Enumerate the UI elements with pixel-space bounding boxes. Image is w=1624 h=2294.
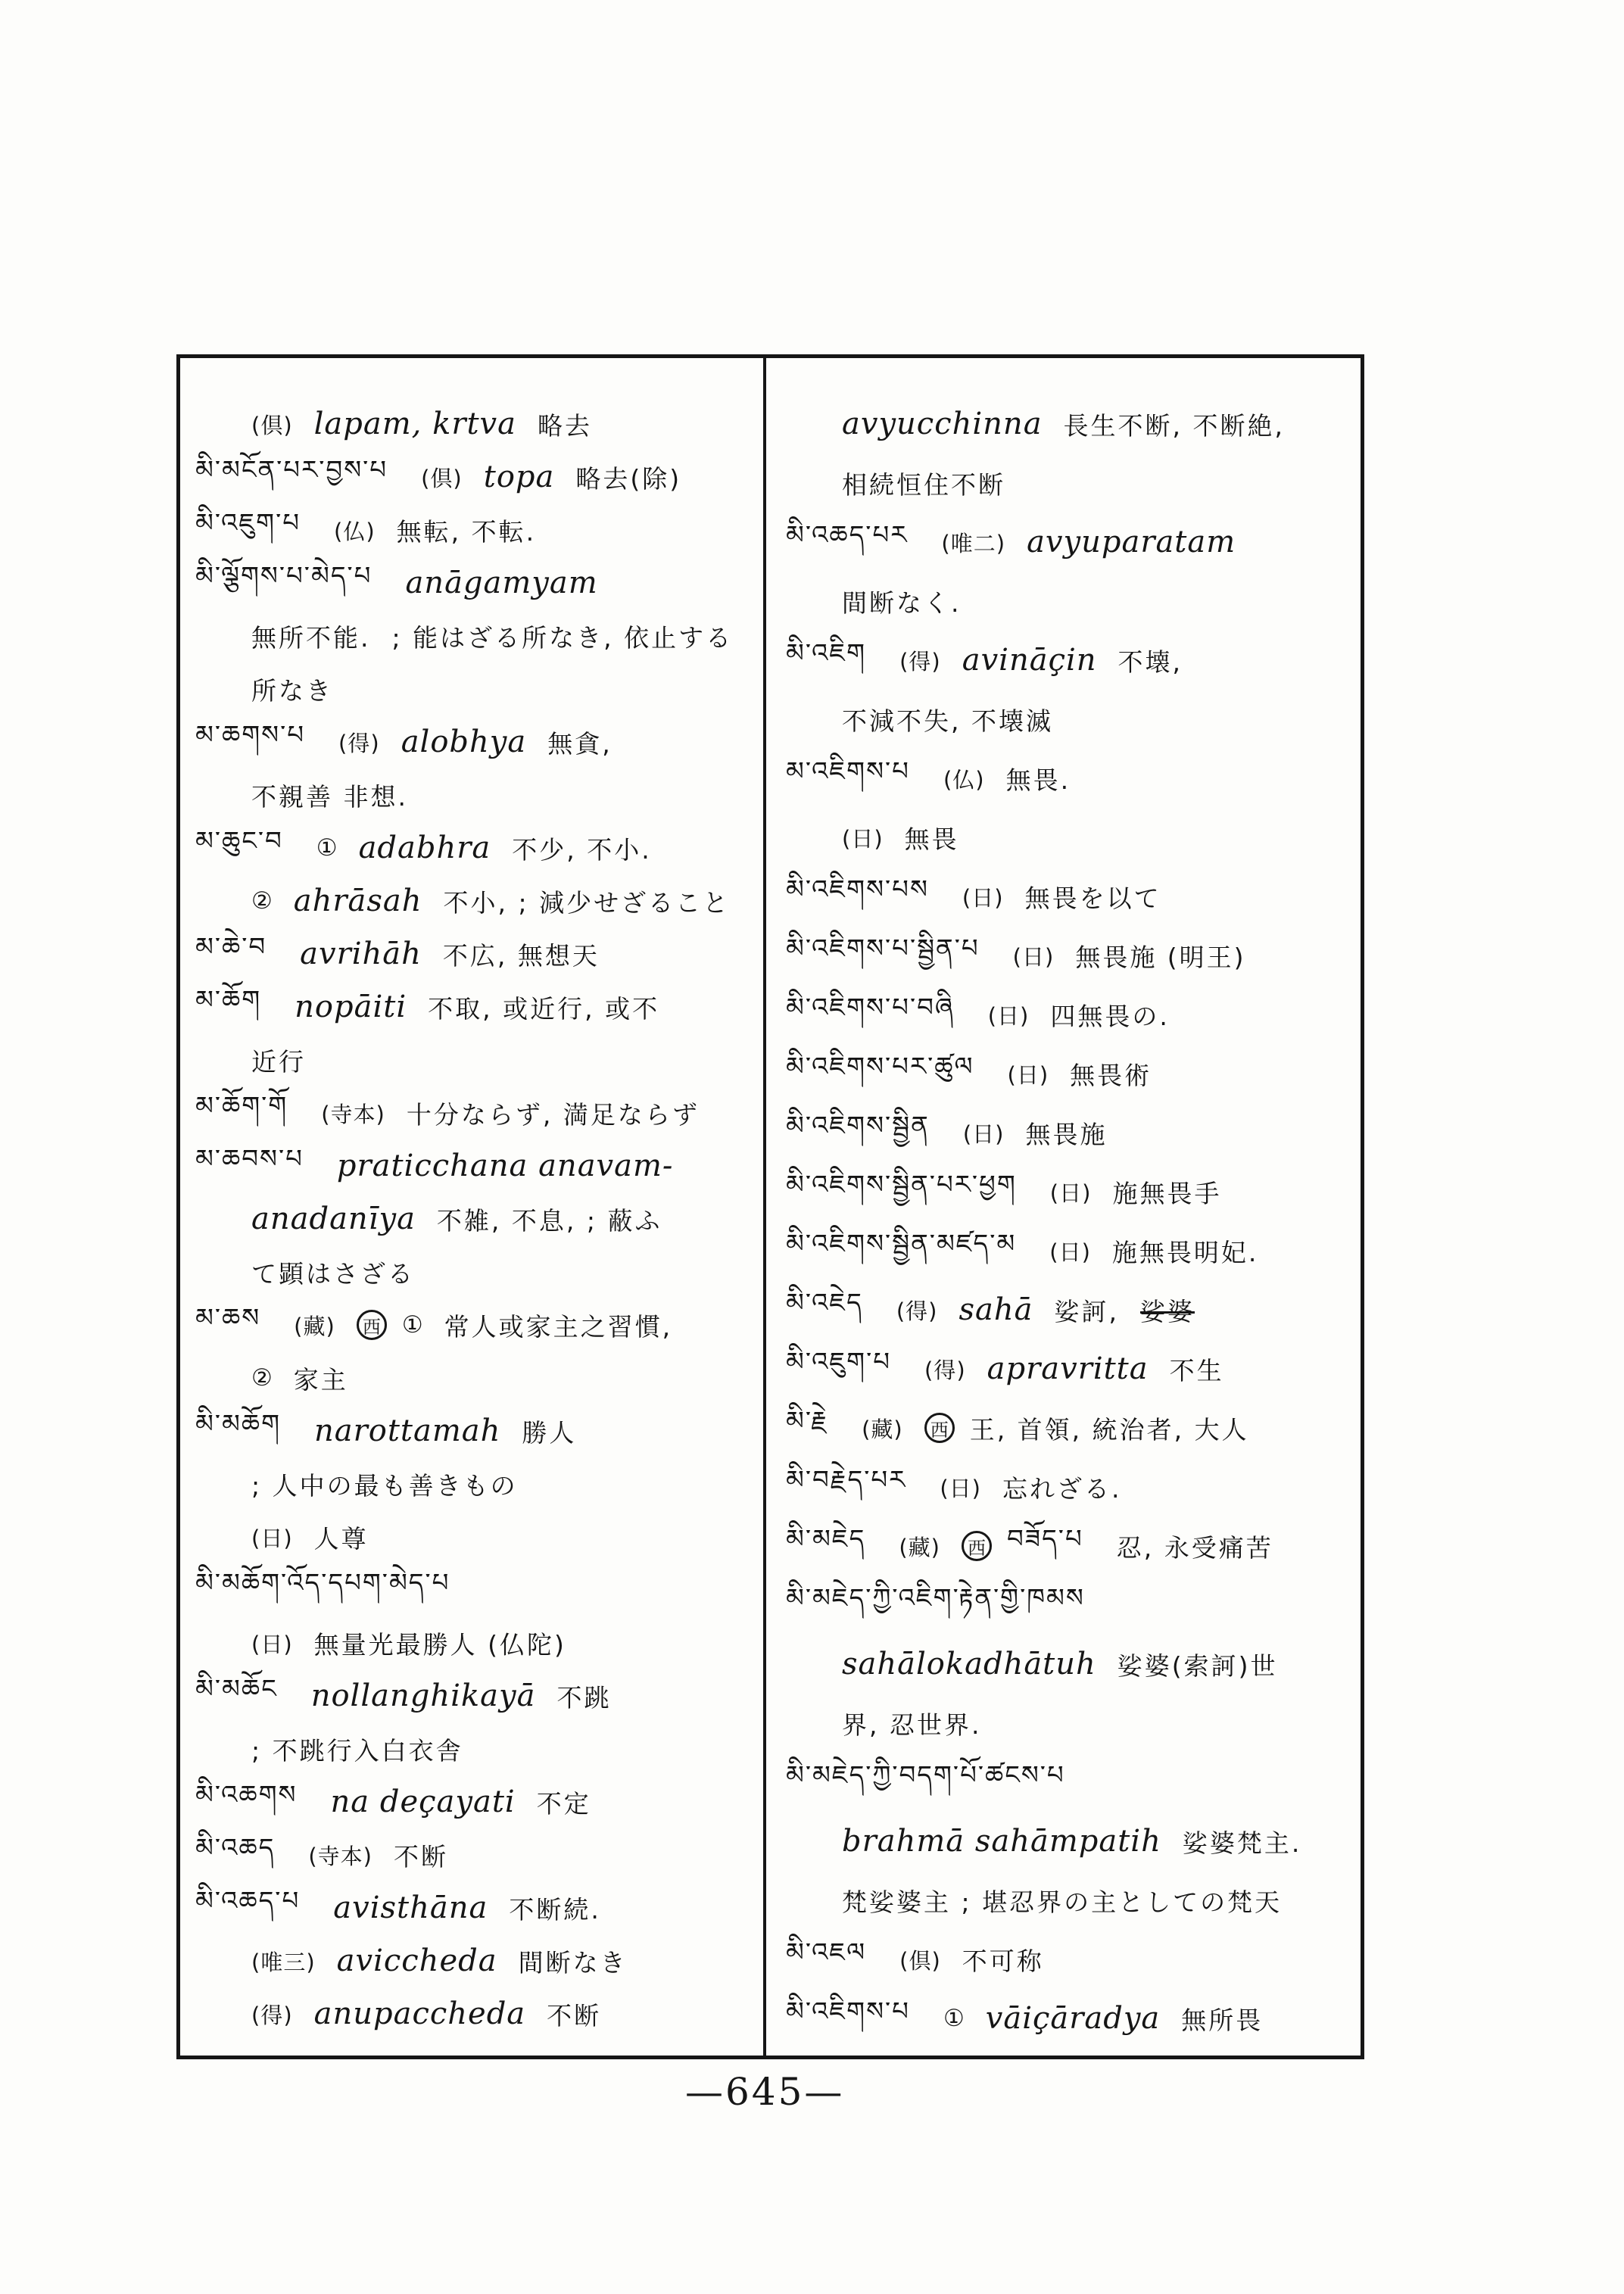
tibetan-headword: མ་འཇིགས་པ: [786, 742, 910, 815]
japanese-gloss: 無量光最勝人 (仏陀): [314, 1625, 566, 1661]
dict-line: 不減不失, 不壊滅: [786, 690, 1356, 749]
japanese-gloss: 界, 忍世界.: [842, 1706, 981, 1741]
dict-line: མི་འཆད་པར(唯二)avyuparatam: [786, 513, 1356, 572]
dict-line: མི་རྗེ(藏)西王, 首領, 統治者, 大人: [786, 1398, 1356, 1457]
japanese-gloss: 不少, 不小.: [512, 831, 651, 866]
japanese-gloss: ; 人中の最も善きもの: [251, 1466, 518, 1502]
japanese-gloss: 人尊: [314, 1519, 369, 1555]
japanese-gloss: 無畏施 (明王): [1075, 938, 1245, 974]
sanskrit-romanization: vāiçāradya: [986, 2001, 1161, 2036]
source-marker: (日): [251, 1628, 293, 1659]
tibetan-headword: མ་ཆོག: [195, 971, 261, 1043]
sanskrit-romanization: lapam, krtva: [314, 407, 516, 441]
source-marker: (日): [1013, 940, 1055, 971]
japanese-gloss: 四無畏の.: [1050, 997, 1170, 1033]
tibetan-headword: མི་མཆོང: [195, 1660, 278, 1732]
tibetan-headword: མི་མཆོག་འོད་དཔག་མེད་པ: [195, 1554, 450, 1626]
japanese-gloss: 忘れざる.: [1002, 1470, 1122, 1505]
source-marker: (日): [963, 1117, 1005, 1149]
sanskrit-romanization: apravritta: [987, 1351, 1149, 1386]
dict-line: མི་འཇིགས་པ་བཞི(日)四無畏の.: [786, 985, 1356, 1044]
sanskrit-romanization: ahrāsah: [294, 884, 422, 918]
japanese-gloss: 無転, 不転.: [397, 513, 536, 548]
source-marker: (得): [924, 1354, 966, 1385]
source-marker: (藏): [862, 1413, 903, 1444]
japanese-gloss: 不壊,: [1118, 643, 1183, 678]
dict-line: མི་མཇེད་ཀྱི་བདག་པོ་ཚངས་པ: [786, 1753, 1356, 1812]
tibetan-headword: མི་འཆད་པ: [195, 1872, 300, 1944]
sanskrit-romanization: brahmā sahāmpatih: [842, 1824, 1161, 1859]
source-marker: (藏): [294, 1310, 335, 1341]
tibetan-headword: མ་ཆས: [195, 1289, 260, 1361]
dict-line: མི་འཆགསna deçayati不定: [195, 1775, 759, 1828]
sanskrit-romanization: na deçayati: [331, 1784, 516, 1819]
circled-char: 西: [962, 1531, 992, 1561]
sanskrit-romanization: sahā: [959, 1292, 1033, 1327]
japanese-gloss: 略去: [538, 407, 592, 442]
tibetan-headword: མི་མཇེད་ཀྱི་བདག་པོ་ཚངས་པ: [786, 1746, 1065, 1819]
dict-line: 梵娑婆主 ; 堪忍界の主としての梵天: [786, 1871, 1356, 1930]
sanskrit-romanization: sahālokadhātuh: [842, 1647, 1096, 1682]
tibetan-headword: མི་མཇེད་ཀྱི་འཇིག་རྟེན་གྱི་ཁམས: [786, 1569, 1085, 1641]
dict-line: མི་འཇིགས་པ་སྦྱིན་པ(日)無畏施 (明王): [786, 926, 1356, 985]
tibetan-headword: མི་མཆོག: [195, 1395, 281, 1467]
dict-line: sahālokadhātuh娑婆(索訶)世: [786, 1635, 1356, 1694]
scanned-dictionary-page: { "page": { "number_label": "—645—", "in…: [0, 0, 1624, 2294]
left-column: (倶)lapam, krtva略去མི་མངོན་པར་བྱས་པ(倶)topa…: [180, 358, 763, 2056]
japanese-gloss: 不定: [537, 1784, 591, 1820]
japanese-gloss: 不減不失, 不壊滅: [842, 702, 1053, 737]
dict-line: མ་ཆེ་བavrihāh不広, 無想天: [195, 927, 759, 980]
source-marker: (日): [1050, 1177, 1092, 1208]
dict-line: མ་ཆུང་བ①adabhra不少, 不小.: [195, 821, 759, 874]
japanese-gloss: ; 不跳行入白衣舎: [251, 1731, 463, 1767]
japanese-gloss: 不可称: [962, 1942, 1044, 1978]
source-marker: (日): [962, 881, 1004, 912]
source-marker: (日): [988, 999, 1030, 1030]
japanese-gloss: 間断なく.: [842, 584, 962, 619]
circled-char: 西: [357, 1310, 387, 1340]
japanese-gloss: 長生不断, 不断絶,: [1064, 407, 1285, 442]
circled-char: 西: [924, 1413, 955, 1443]
dict-line: མི་བརྗེད་པར(日)忘れざる.: [786, 1457, 1356, 1516]
circled-number: ①: [402, 1311, 423, 1339]
dict-line: མི་འཇུག་པ(得)apravritta不生: [786, 1339, 1356, 1398]
dict-line: མི་འཇིགས་པས(日)無畏を以て: [786, 867, 1356, 926]
source-marker: (寺本): [308, 1840, 372, 1871]
dict-line: brahmā sahāmpatih娑婆梵主.: [786, 1812, 1356, 1871]
dict-line: མི་མཇེད་ཀྱི་འཇིག་རྟེན་གྱི་ཁམས: [786, 1576, 1356, 1635]
japanese-gloss: 忍, 永受痛苦: [1117, 1529, 1273, 1564]
japanese-gloss: 無畏術: [1070, 1056, 1152, 1092]
tibetan-headword: མ་ཆབས་པ: [195, 1130, 304, 1202]
japanese-gloss: 不断続.: [509, 1890, 601, 1926]
source-marker: (得): [896, 1295, 938, 1326]
sanskrit-romanization: anāgamyam: [405, 566, 597, 600]
source-marker: (唯三): [251, 1946, 316, 1977]
sanskrit-romanization: topa: [484, 460, 555, 494]
japanese-gloss: て顕はさざる: [251, 1255, 415, 1290]
circled-number: ②: [251, 1364, 273, 1392]
sanskrit-romanization: anadanīya: [251, 1202, 416, 1236]
dict-line: 相続恒住不断: [786, 454, 1356, 513]
japanese-gloss: 王, 首領, 統治者, 大人: [970, 1410, 1249, 1446]
dict-line: མི་འཇེད(得)sahā娑訶,娑婆: [786, 1280, 1356, 1339]
japanese-gloss: 無畏施: [1025, 1115, 1107, 1151]
dict-line: て顕はさざる: [195, 1245, 759, 1298]
dict-line: མ་ཆབས་པpraticchana anavam-: [195, 1139, 759, 1192]
sanskrit-romanization: anupaccheda: [314, 1996, 526, 2031]
sanskrit-romanization: avisthāna: [333, 1890, 488, 1925]
japanese-gloss: 娑訶,: [1054, 1292, 1119, 1328]
sanskrit-romanization: nopāiti: [295, 990, 407, 1024]
source-marker: (日): [1049, 1236, 1091, 1267]
japanese-gloss: 娑婆(索訶)世: [1117, 1647, 1278, 1682]
sanskrit-romanization: praticchana anavam-: [337, 1149, 674, 1183]
sanskrit-romanization: avyuparatam: [1027, 525, 1236, 559]
source-marker: (倶): [251, 409, 293, 440]
sanskrit-romanization: avyucchinna: [842, 407, 1043, 441]
sanskrit-romanization: alobhya: [401, 725, 527, 759]
dict-line: (日)無畏: [786, 808, 1356, 867]
dict-line: མི་མཇེད(藏)西བཟོད་པ忍, 永受痛苦: [786, 1516, 1356, 1576]
japanese-gloss: 相続恒住不断: [842, 466, 1005, 501]
tibetan-headword: མི་འཆད་པར: [786, 506, 908, 578]
japanese-gloss: 施無畏手: [1112, 1174, 1221, 1210]
japanese-gloss: 不跳: [556, 1678, 611, 1714]
japanese-gloss: 間断なき: [519, 1943, 628, 1979]
tibetan-headword: མི་ལྕོགས་པ་མེད་པ: [195, 547, 372, 619]
dict-line: མི་མཆོངnollanghikayā不跳: [195, 1669, 759, 1722]
japanese-gloss: 無畏.: [1006, 761, 1071, 796]
japanese-gloss: 不断: [547, 1996, 601, 2032]
source-marker: (日): [940, 1472, 981, 1503]
source-marker: (日): [251, 1522, 293, 1553]
dict-line: མི་འཆད་པavisthāna不断続.: [195, 1881, 759, 1934]
japanese-gloss: 娑婆梵主.: [1183, 1824, 1302, 1859]
source-marker: (得): [899, 645, 941, 676]
japanese-gloss: 無畏: [905, 820, 959, 856]
japanese-gloss: 不小, ; 減少せざること: [444, 884, 731, 919]
japanese-gloss-strikethrough: 娑婆: [1140, 1292, 1195, 1328]
japanese-gloss: 無所畏: [1181, 2001, 1263, 2037]
source-marker: (藏): [899, 1531, 940, 1562]
japanese-gloss: 梵娑婆主 ; 堪忍界の主としての梵天: [842, 1883, 1282, 1918]
japanese-gloss: 所なき: [251, 672, 333, 707]
dict-line: མི་འཇིགས་སྦྱིན(日)無畏施: [786, 1103, 1356, 1162]
japanese-gloss: 十分ならず, 満足ならず: [407, 1096, 700, 1131]
japanese-gloss: 近行: [251, 1043, 306, 1078]
dict-line: མི་འཇིག(得)avināçin不壊,: [786, 631, 1356, 690]
japanese-gloss: 無所不能.: [251, 619, 371, 654]
dict-line: 界, 忍世界.: [786, 1694, 1356, 1753]
dict-line: མ་ཆགས་པ(得)alobhya無貪,: [195, 715, 759, 768]
dict-line: avyucchinna長生不断, 不断絶,: [786, 394, 1356, 454]
japanese-gloss: 施無畏明妃.: [1112, 1233, 1259, 1269]
tibetan-headword: མ་ཆུང་བ: [195, 812, 283, 884]
japanese-gloss: 無畏を以て: [1025, 879, 1161, 915]
dict-line: (得)anupaccheda不断: [195, 1987, 759, 2040]
source-marker: (日): [1008, 1058, 1049, 1089]
japanese-gloss: 勝人: [522, 1413, 576, 1449]
dict-line: མི་ལྕོགས་པ་མེད་པanāgamyam: [195, 556, 759, 609]
tibetan-headword: མི་འཇིག: [786, 624, 866, 697]
dict-line: མི་འཇིགས་པར་ཚུལ(日)無畏術: [786, 1044, 1356, 1103]
source-marker: (仏): [943, 763, 985, 794]
japanese-gloss: ; 能はざる所なき, 依止する: [392, 619, 734, 654]
japanese-gloss: 不雑, 不息, ; 蔽ふ: [437, 1202, 662, 1237]
japanese-gloss: 不断: [394, 1837, 448, 1873]
japanese-gloss: 不生: [1170, 1351, 1224, 1387]
circled-number: ②: [251, 887, 273, 915]
sanskrit-romanization: narottamah: [314, 1413, 500, 1448]
sanskrit-romanization: avrihāh: [300, 937, 422, 971]
dict-line: མི་འཇལ(倶)不可称: [786, 1930, 1356, 1989]
japanese-gloss: 略去(除): [575, 460, 681, 495]
circled-number: ①: [316, 834, 338, 862]
page-number: —645—: [685, 2070, 844, 2114]
dict-line: མ་འཇིགས་པ(仏)無畏.: [786, 749, 1356, 808]
tibetan-headword: མི་འཇིགས་པ: [786, 1982, 910, 2055]
dict-line: 間断なく.: [786, 572, 1356, 631]
japanese-gloss: 家主: [294, 1361, 348, 1396]
circled-number: ①: [943, 2005, 965, 2032]
japanese-gloss: 常人或家主之習慣,: [444, 1308, 673, 1343]
source-marker: (得): [251, 1999, 293, 2030]
right-column: avyucchinna長生不断, 不断絶,相続恒住不断མི་འཆད་པར(唯二)…: [766, 358, 1361, 2056]
page-frame: (倶)lapam, krtva略去མི་མངོན་པར་བྱས་པ(倶)topa…: [176, 354, 1364, 2059]
dict-line: མི་མཆོགnarottamah勝人: [195, 1404, 759, 1457]
dict-line: མི་འཇིགས་པ①vāiçāradya無所畏: [786, 1989, 1356, 2048]
source-marker: (得): [338, 727, 380, 758]
source-marker: (仏): [334, 515, 376, 546]
dict-line: མི་འཇིགས་སྦྱིན་མཛད་མ(日)施無畏明妃.: [786, 1221, 1356, 1280]
source-marker: (倶): [899, 1944, 941, 1975]
dict-line: མ་ཆོགnopāiti不取, 或近行, 或不: [195, 980, 759, 1033]
japanese-gloss: 不親善 非想.: [251, 778, 408, 813]
japanese-gloss: 不広, 無想天: [443, 937, 600, 972]
sanskrit-romanization: avināçin: [962, 643, 1097, 678]
japanese-gloss: 無貪,: [547, 725, 613, 760]
source-marker: (日): [842, 822, 884, 853]
source-marker: (倶): [421, 462, 463, 493]
dict-line: མི་འཇིགས་སྦྱིན་པར་ཕྱག(日)施無畏手: [786, 1162, 1356, 1221]
japanese-gloss: 不取, 或近行, 或不: [428, 990, 659, 1025]
sanskrit-romanization: adabhra: [359, 831, 491, 865]
dict-line: མ་ཆས(藏)西①常人或家主之習慣,: [195, 1298, 759, 1351]
dict-line: མི་མཆོག་འོད་དཔག་མེད་པ: [195, 1563, 759, 1616]
tibetan-headword: མ་ཆགས་པ: [195, 706, 305, 778]
source-marker: (寺本): [321, 1098, 385, 1129]
sanskrit-romanization: nollanghikayā: [311, 1678, 536, 1713]
sanskrit-romanization: aviccheda: [337, 1943, 497, 1978]
source-marker: (唯二): [941, 527, 1005, 558]
